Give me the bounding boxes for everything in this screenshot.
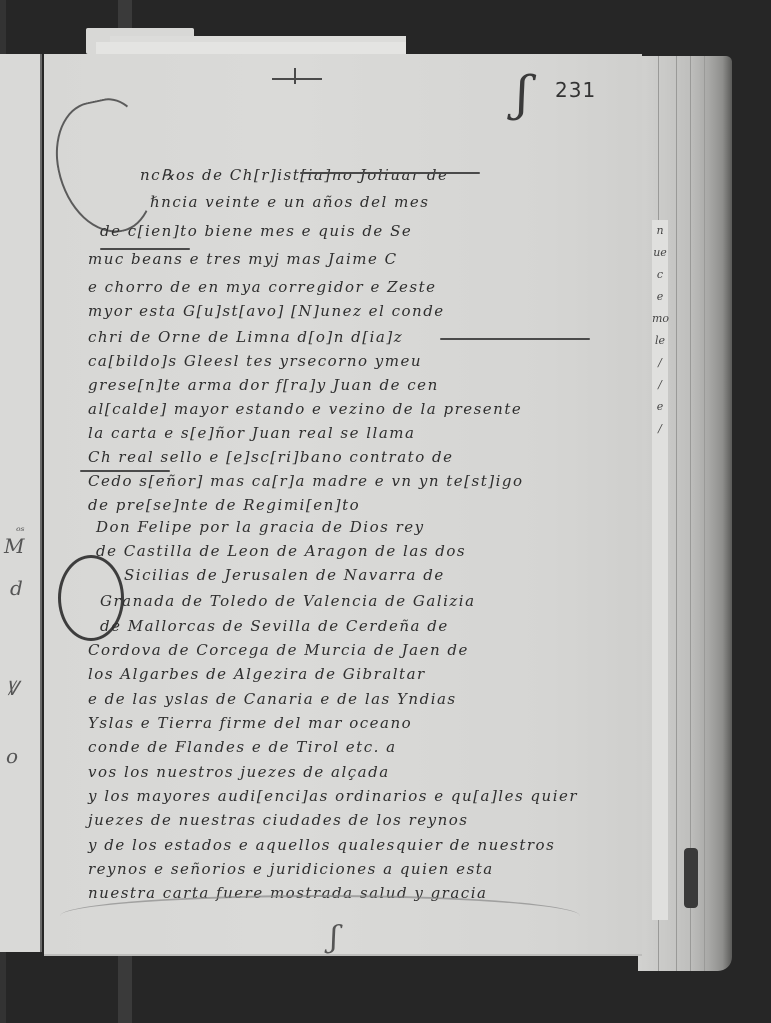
text-line: vos los nuestros juezes de alçada [88,763,390,781]
binding-clip [684,848,698,908]
text-line: de Castilla de Leon de Aragon de las dos [96,542,466,560]
text-line: de c[ien]to biene mes e quis de Se [100,222,412,240]
text-line: muc beans e tres myj mas Jaime C [88,250,398,268]
strip-letter: n [652,220,668,242]
strip-letter: / [652,374,668,396]
text-line: ℏncia veinte e un años del mes [150,193,429,211]
margin-fragment: d [10,576,23,600]
margin-fragment: Ꝟ [6,674,18,701]
text-line: chri de Orne de Limna d[o]n d[ia]z [88,328,403,346]
text-line: e de las yslas de Canaria e de las Yndia… [88,690,457,708]
text-line: grese[n]te arma dor f[ra]y Juan de cen [88,376,439,394]
text-line: la carta e s[e]ñor Juan real se llama [88,424,415,442]
text-line: myor esta G[u]st[avo] [N]unez el conde [88,302,445,320]
strip-letter: e [652,286,668,308]
text-line: al[calde] mayor estando e vezino de la p… [88,400,522,418]
signum-mark: ʃ [516,66,529,122]
strip-letter: e [652,396,668,418]
text-line: conde de Flandes e de Tirol etc. a [88,738,397,756]
strip-letter: / [652,418,668,440]
text-line: Granada de Toledo de Valencia de Galizia [100,592,476,610]
text-line: de pre[se]nte de Regimi[en]to [88,496,360,514]
underline-flourish [440,338,590,340]
text-line: e chorro de en mya corregidor e Zeste [88,278,437,296]
text-line: y los mayores audi[enci]as ordinarios e … [88,787,578,805]
underline-flourish [300,172,480,174]
left-facing-page: M ᵒˢ d Ꝟ o [0,54,42,952]
text-line: juezes de nuestras ciudades de los reyno… [88,811,468,829]
strip-letter: / [652,352,668,374]
folio-number: 231 [555,78,596,102]
text-line: reynos e señorios e juridiciones a quien… [88,860,494,878]
text-line: ca[bildo]s Gleesl tes yrsecorno ymeu [88,352,422,370]
underline-flourish [80,470,170,472]
text-line: Sicilias de Jerusalen de Navarra de [124,566,445,584]
margin-fragment: o [6,744,18,768]
text-line: de Mallorcas de Sevilla de Cerdeña de [100,617,449,635]
strip-letter: le [652,330,668,352]
margin-fragment: ᵒˢ [16,524,25,538]
protruding-page-strip: n ue c e mo le / / e / [652,220,668,920]
text-line: los Algarbes de Algezira de Gibraltar [88,665,426,683]
closing-signature: ʃ [330,920,338,955]
underline-flourish [100,248,190,250]
strip-letter: c [652,264,668,286]
cross-mark-icon [272,78,322,80]
text-line: y de los estados e aquellos qualesquier … [88,836,555,854]
text-line: Ch real sello e [e]sc[ri]bano contrato d… [88,448,453,466]
text-line: Cordova de Corcega de Murcia de Jaen de [88,641,469,659]
closing-flourish [60,895,580,937]
text-line: Don Felipe por la gracia de Dios rey [96,518,425,536]
strip-letter: ue [652,242,668,264]
text-line: Cedo s[eñor] mas ca[r]a madre e vn yn te… [88,472,524,490]
text-line: nc℞os de Ch[r]ist[ia]no Joliuar de [140,166,448,184]
strip-letter: mo [652,308,668,330]
text-line: Yslas e Tierra firme del mar oceano [88,714,412,732]
